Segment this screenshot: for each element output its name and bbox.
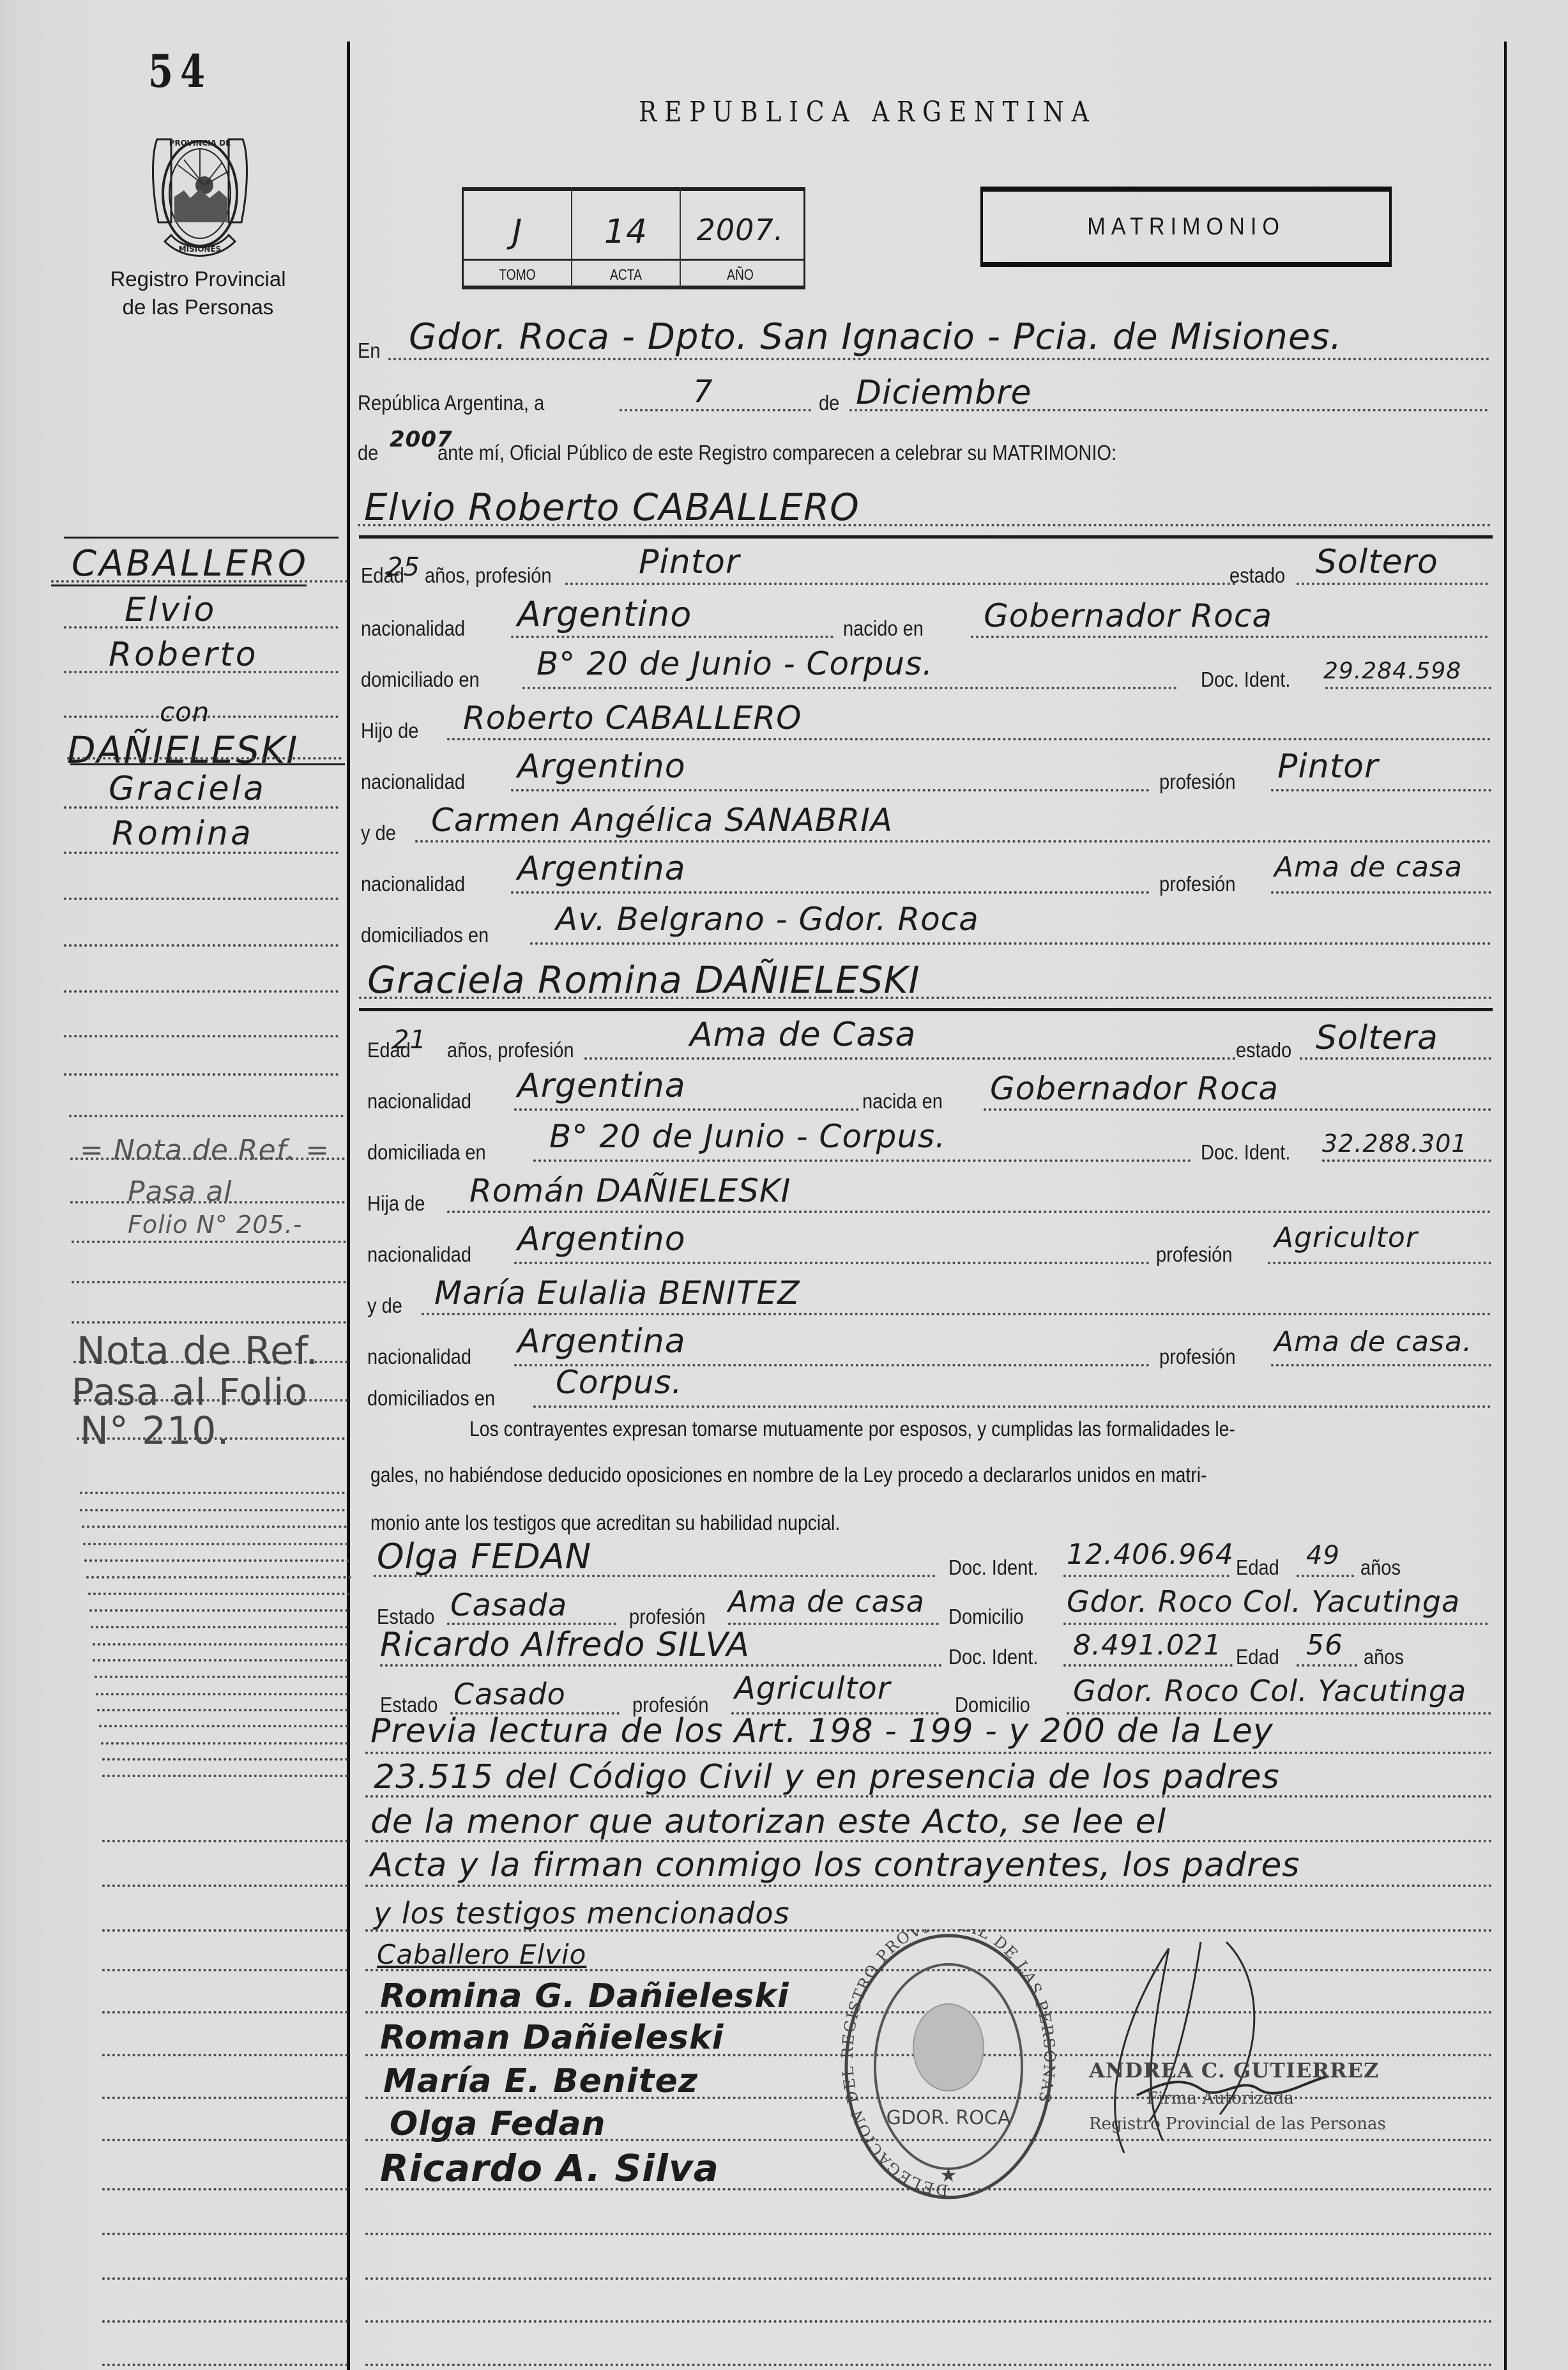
signature: Romina G. Dañieleski	[380, 1977, 789, 2015]
ante-text: ante mí, Oficial Público de este Registr…	[438, 441, 1116, 465]
declaration-line-1: Los contrayentes expresan tomarse mutuam…	[469, 1417, 1235, 1441]
record-type-label: MATRIMONIO	[1087, 213, 1285, 241]
official-signature-scribble	[1073, 1929, 1495, 2172]
groom-parents-address: Av. Belgrano - Gdor. Roca	[556, 901, 979, 938]
margin-note-1-line: Folio N° 205.-	[128, 1211, 302, 1239]
ano-cell: 2007. AÑO	[681, 187, 800, 289]
witness-2-civil-status: Casado	[453, 1677, 566, 1711]
signature: Olga Fedan	[390, 2105, 606, 2143]
observation-line: y los testigos mencionados	[374, 1896, 790, 1930]
bride-father-nationality: Argentino	[517, 1220, 686, 1258]
witness-1-name: Olga FEDAN	[377, 1536, 591, 1577]
place-value: Gdor. Roca - Dpto. San Ignacio - Pcia. d…	[409, 316, 1342, 358]
bride-age: 21	[393, 1025, 427, 1055]
de-label: de	[819, 391, 839, 415]
official-seal-stamp: DELEGACION DEL REGISTRO PROVINCIAL DE LA…	[833, 1929, 1063, 2210]
tomo-label: TOMO	[475, 266, 560, 284]
witness-2-doc: 8.491.021	[1073, 1629, 1222, 1662]
right-border-line	[1504, 42, 1507, 2370]
country-title: REPUBLICA ARGENTINA	[639, 96, 1097, 128]
margin-groom-surname: CABALLERO	[72, 543, 308, 585]
declaration-line-2: gales, no habiéndose deducido oposicione…	[370, 1463, 1206, 1487]
observation-line: Previa lectura de los Art. 198 - 199 - y…	[370, 1712, 1274, 1750]
official-name: ANDREA C. GUTIERREZ	[1089, 2058, 1386, 2083]
groom-father-nationality: Argentino	[517, 747, 686, 786]
bride-mother-name: María Eulalia BENITEZ	[434, 1274, 800, 1311]
declaration-line-3: monio ante los testigos que acreditan su…	[370, 1511, 840, 1535]
witness-1-doc: 12.406.964	[1067, 1538, 1234, 1571]
signature: Ricardo A. Silva	[380, 2146, 719, 2190]
svg-text:MISIONES: MISIONES	[179, 245, 222, 254]
margin-con: con	[160, 696, 209, 728]
bride-full-name: Graciela Romina DAÑIELESKI	[367, 958, 920, 1002]
groom-age: 25	[386, 553, 420, 582]
bride-father-name: Román DAÑIELESKI	[469, 1172, 791, 1209]
groom-full-name: Elvio Roberto CABALLERO	[364, 485, 860, 529]
margin-groom-name-2: Roberto	[109, 636, 259, 674]
observation-line: Acta y la firman conmigo los contrayente…	[370, 1846, 1300, 1885]
groom-civil-status: Soltero	[1316, 543, 1438, 581]
groom-mother-profession: Ama de casa	[1274, 851, 1463, 883]
bride-father-profession: Agricultor	[1274, 1221, 1418, 1254]
margin-note-2-line: Pasa al Folio	[72, 1370, 308, 1414]
witness-1-age: 49	[1306, 1541, 1340, 1570]
official-office: Registro Provincial de las Personas	[1089, 2114, 1386, 2134]
registry-name: Registro Provincial de las Personas	[96, 265, 300, 321]
bride-parents-address: Corpus.	[556, 1364, 682, 1401]
witness-2-age: 56	[1306, 1629, 1343, 1662]
ano-value: 2007.	[681, 213, 800, 247]
margin-groom-name-1: Elvio	[125, 591, 217, 629]
month-value: Diciembre	[856, 374, 1032, 412]
groom-doc-number: 29.284.598	[1323, 658, 1461, 684]
bride-mother-profession: Ama de casa.	[1274, 1326, 1472, 1358]
acta-value: 14	[572, 213, 680, 251]
bride-doc-number: 32.288.301	[1322, 1129, 1468, 1158]
groom-mother-nationality: Argentina	[517, 850, 686, 888]
bride-mother-nationality: Argentina	[517, 1322, 686, 1361]
witness-1-address: Gdor. Roco Col. Yacutinga	[1067, 1584, 1460, 1619]
margin-note-2-line: Nota de Ref.	[77, 1329, 319, 1373]
groom-address: B° 20 de Junio - Corpus.	[537, 645, 933, 682]
ano-label: AÑO	[693, 266, 788, 284]
bride-profession: Ama de Casa	[690, 1016, 916, 1054]
groom-birthplace: Gobernador Roca	[984, 597, 1272, 634]
acta-cell: 14 ACTA	[572, 187, 681, 289]
witness-1-civil-status: Casada	[450, 1587, 567, 1623]
margin-note-1-line: = Nota de Ref. =	[80, 1134, 330, 1166]
margin-divider-line	[347, 42, 350, 2370]
groom-father-profession: Pintor	[1277, 747, 1378, 786]
acta-label: ACTA	[583, 266, 669, 284]
official-title: Firma Autorizada	[1146, 2089, 1386, 2108]
svg-text:★: ★	[940, 2165, 957, 2186]
svg-text:PROVINCIA DE: PROVINCIA DE	[169, 139, 231, 148]
margin-bride-name-1: Graciela	[109, 770, 266, 808]
bride-birthplace: Gobernador Roca	[990, 1070, 1279, 1107]
en-label: En	[358, 339, 381, 363]
witness-2-name: Ricardo Alfredo SILVA	[380, 1626, 750, 1664]
witness-2-profession: Agricultor	[735, 1670, 890, 1706]
folio-number: 54	[148, 45, 212, 98]
observation-line: 23.515 del Código Civil y en presencia d…	[374, 1758, 1280, 1796]
bride-nationality: Argentina	[517, 1067, 686, 1105]
groom-mother-name: Carmen Angélica SANABRIA	[431, 802, 893, 839]
record-type-box: MATRIMONIO	[980, 187, 1392, 267]
witness-2-address: Gdor. Roco Col. Yacutinga	[1073, 1674, 1466, 1708]
coat-of-arms-icon: PROVINCIA DE MISIONES	[146, 126, 254, 261]
signature: Caballero Elvio	[377, 1939, 586, 1970]
groom-father-name: Roberto CABALLERO	[463, 700, 802, 737]
signature: Roman Dañieleski	[380, 2019, 724, 2057]
record-number-box: J TOMO 14 ACTA 2007. AÑO	[462, 187, 805, 289]
republica-label: República Argentina, a	[358, 391, 544, 415]
witness-1-profession: Ama de casa	[728, 1584, 925, 1619]
tomo-value: J	[464, 213, 571, 251]
signature: María E. Benitez	[383, 2062, 698, 2100]
bride-civil-status: Soltera	[1316, 1019, 1438, 1057]
groom-nationality: Argentino	[517, 594, 692, 634]
svg-text:GDOR. ROCA: GDOR. ROCA	[887, 2107, 1011, 2129]
tomo-cell: J TOMO	[464, 187, 572, 289]
day-value: 7	[693, 374, 713, 409]
margin-bride-name-2: Romina	[112, 814, 254, 853]
margin-note-2-line: N° 210.	[80, 1409, 230, 1453]
registry-name-line2: de las Personas	[96, 293, 300, 321]
registry-name-line1: Registro Provincial	[96, 265, 300, 293]
official-block: ANDREA C. GUTIERREZ Firma Autorizada Reg…	[1089, 2058, 1386, 2134]
observation-line: de la menor que autorizan este Acto, se …	[370, 1803, 1166, 1841]
groom-profession: Pintor	[639, 543, 740, 581]
de-year-label: de	[358, 441, 378, 465]
bride-address: B° 20 de Junio - Corpus.	[549, 1118, 946, 1155]
